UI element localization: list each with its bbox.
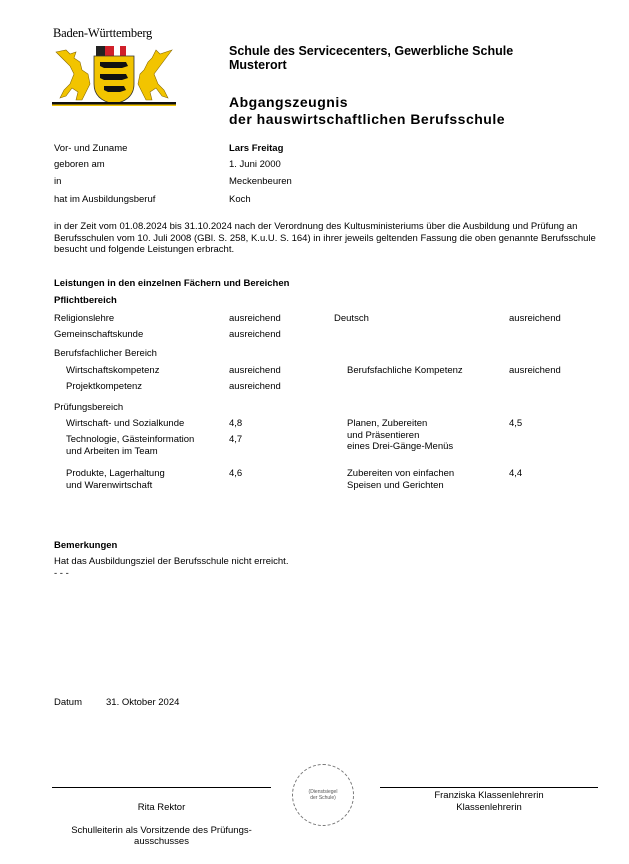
school-name: Schule des Servicecenters, Gewerbliche S… bbox=[229, 44, 513, 72]
grade-einfache-speisen: 4,4 bbox=[509, 468, 522, 479]
document-title: Abgangszeugnis der hauswirtschaftlichen … bbox=[229, 94, 505, 128]
born-label: geboren am bbox=[54, 159, 105, 170]
subject-einfache-speisen: Zubereiten von einfachen Speisen und Ger… bbox=[347, 468, 454, 491]
principal-role: Schulleiterin als Vorsitzende des Prüfun… bbox=[52, 825, 271, 848]
seal-text: (Dienstsiegel der Schule) bbox=[309, 789, 338, 801]
remarks-heading: Bemerkungen bbox=[54, 540, 117, 551]
coat-of-arms-icon bbox=[52, 44, 176, 106]
grade-wirtschaftskompetenz: ausreichend bbox=[229, 365, 281, 376]
grade-projektkompetenz: ausreichend bbox=[229, 381, 281, 392]
pflichtbereich-heading: Pflichtbereich bbox=[54, 295, 117, 306]
remarks-text: Hat das Ausbildungsziel der Berufsschule… bbox=[54, 556, 288, 567]
state-name: Baden-Württemberg bbox=[53, 26, 152, 41]
school-name-line2: Musterort bbox=[229, 58, 513, 72]
born-value: 1. Juni 2000 bbox=[229, 159, 281, 170]
document-title-line1: Abgangszeugnis bbox=[229, 94, 505, 111]
signature-line-right bbox=[380, 787, 598, 788]
subject-wirtschaft-sozialkunde: Wirtschaft- und Sozialkunde bbox=[66, 418, 184, 429]
grade-drei-gaenge-menue: 4,5 bbox=[509, 418, 522, 429]
berufsfachlich-heading: Berufsfachlicher Bereich bbox=[54, 348, 157, 359]
subject-deutsch: Deutsch bbox=[334, 313, 369, 324]
profession-value: Koch bbox=[229, 194, 251, 205]
official-seal-placeholder: (Dienstsiegel der Schule) bbox=[292, 764, 354, 826]
date-label: Datum bbox=[54, 697, 82, 708]
subject-wirtschaftskompetenz: Wirtschaftskompetenz bbox=[66, 365, 159, 376]
subject-berufsfachliche-kompetenz: Berufsfachliche Kompetenz bbox=[347, 365, 463, 376]
document-title-line2: der hauswirtschaftlichen Berufsschule bbox=[229, 111, 505, 128]
birthplace-label: in bbox=[54, 176, 61, 187]
signature-right: Franziska Klassenlehrerin Klassenlehreri… bbox=[380, 790, 598, 813]
school-name-line1: Schule des Servicecenters, Gewerbliche S… bbox=[229, 44, 513, 58]
subject-produkte-lagerhaltung: Produkte, Lagerhaltung und Warenwirtscha… bbox=[66, 468, 165, 491]
grade-gemeinschaftskunde: ausreichend bbox=[229, 329, 281, 340]
name-label: Vor- und Zuname bbox=[54, 143, 127, 154]
profession-label: hat im Ausbildungsberuf bbox=[54, 194, 155, 205]
grade-deutsch: ausreichend bbox=[509, 313, 561, 324]
subject-religionslehre: Religionslehre bbox=[54, 313, 114, 324]
teacher-name: Franziska Klassenlehrerin bbox=[380, 790, 598, 802]
grade-technologie: 4,7 bbox=[229, 434, 242, 445]
subject-drei-gaenge-menue: Planen, Zubereiten und Präsentieren eine… bbox=[347, 418, 453, 453]
subject-gemeinschaftskunde: Gemeinschaftskunde bbox=[54, 329, 143, 340]
intro-paragraph: in der Zeit vom 01.08.2024 bis 31.10.202… bbox=[54, 221, 624, 256]
signature-line-left bbox=[52, 787, 271, 788]
signature-left: Rita Rektor Schulleiterin als Vorsitzend… bbox=[52, 790, 271, 859]
name-value: Lars Freitag bbox=[229, 143, 283, 154]
birthplace-value: Meckenbeuren bbox=[229, 176, 292, 187]
remarks-filler: - - - bbox=[54, 568, 69, 579]
subject-projektkompetenz: Projektkompetenz bbox=[66, 381, 142, 392]
teacher-role: Klassenlehrerin bbox=[380, 802, 598, 814]
date-value: 31. Oktober 2024 bbox=[106, 697, 179, 708]
subject-technologie: Technologie, Gästeinformation und Arbeit… bbox=[66, 434, 194, 457]
grade-religionslehre: ausreichend bbox=[229, 313, 281, 324]
grade-wirtschaft-sozialkunde: 4,8 bbox=[229, 418, 242, 429]
principal-name: Rita Rektor bbox=[52, 802, 271, 814]
grade-berufsfachliche-kompetenz: ausreichend bbox=[509, 365, 561, 376]
grade-produkte-lagerhaltung: 4,6 bbox=[229, 468, 242, 479]
grades-heading: Leistungen in den einzelnen Fächern und … bbox=[54, 278, 289, 289]
pruefungsbereich-heading: Prüfungsbereich bbox=[54, 402, 123, 413]
